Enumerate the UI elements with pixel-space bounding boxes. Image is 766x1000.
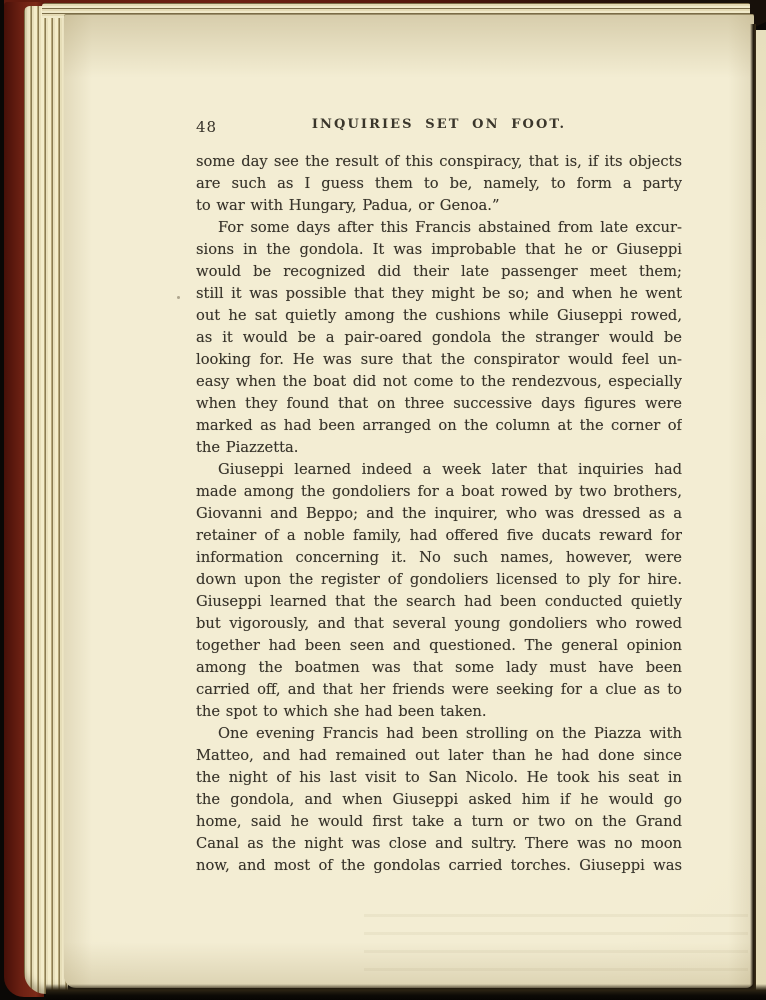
text-line: For some days after this Francis abstain… [196,217,682,239]
text-line: One evening Francis had been strolling o… [196,723,682,745]
book-bottom-edge-shadow [46,984,766,1000]
text-line: made among the gondoliers for a boat row… [196,481,682,503]
text-line: some day see the result of this conspira… [196,151,682,173]
text-line: but vigorously, and that several young g… [196,613,682,635]
text-line: easy when the boat did not come to the r… [196,371,682,393]
text-line: when they found that on three successive… [196,393,682,415]
book-page: 48 INQUIRIES SET ON FOOT. some day see t… [64,14,754,988]
page-texture-streaks [364,914,748,986]
text-line: Giuseppi learned that the search had bee… [196,591,682,613]
text-line: are such as I guess them to be, namely, … [196,173,682,195]
text-line: the night of his last visit to San Nicol… [196,767,682,789]
text-line: now, and most of the gondolas carried to… [196,855,682,877]
text-line: carried off, and that her friends were s… [196,679,682,701]
text-line: Matteo, and had remained out later than … [196,745,682,767]
text-line: sions in the gondola. It was improbable … [196,239,682,261]
running-header-title: INQUIRIES SET ON FOOT. [196,117,682,132]
running-header: 48 INQUIRIES SET ON FOOT. [196,117,682,137]
body-text: some day see the result of this conspira… [196,151,682,877]
text-line: marked as had been arranged on the colum… [196,415,682,437]
printed-text-block: 48 INQUIRIES SET ON FOOT. some day see t… [196,117,682,877]
text-line: the spot to which she had been taken. [196,701,682,723]
text-line: the gondola, and when Giuseppi asked him… [196,789,682,811]
text-line: retainer of a noble family, had offered … [196,525,682,547]
text-line: Canal as the night was close and sultry.… [196,833,682,855]
text-line: the Piazzetta. [196,437,682,459]
text-line: down upon the register of gondoliers lic… [196,569,682,591]
text-line: still it was possible that they might be… [196,283,682,305]
text-line: would be recognized did their late passe… [196,261,682,283]
text-line: as it would be a pair-oared gondola the … [196,327,682,349]
text-line: information concerning it. No such names… [196,547,682,569]
page-stack-fore-edge [24,6,68,994]
text-line: Giuseppi learned indeed a week later tha… [196,459,682,481]
text-line: looking for. He was sure that the conspi… [196,349,682,371]
text-line: home, said he would first take a turn or… [196,811,682,833]
text-line: Giovanni and Beppo; and the inquirer, wh… [196,503,682,525]
scanned-book-photo: 48 INQUIRIES SET ON FOOT. some day see t… [0,0,766,1000]
page-number: 48 [196,118,217,136]
text-line: to war with Hungary, Padua, or Genoa.” [196,195,682,217]
dust-speck [177,296,180,299]
text-line: out he sat quietly among the cushions wh… [196,305,682,327]
text-line: together had been seen and questioned. T… [196,635,682,657]
facing-page-sliver [756,30,766,1000]
text-line: among the boatmen was that some lady mus… [196,657,682,679]
